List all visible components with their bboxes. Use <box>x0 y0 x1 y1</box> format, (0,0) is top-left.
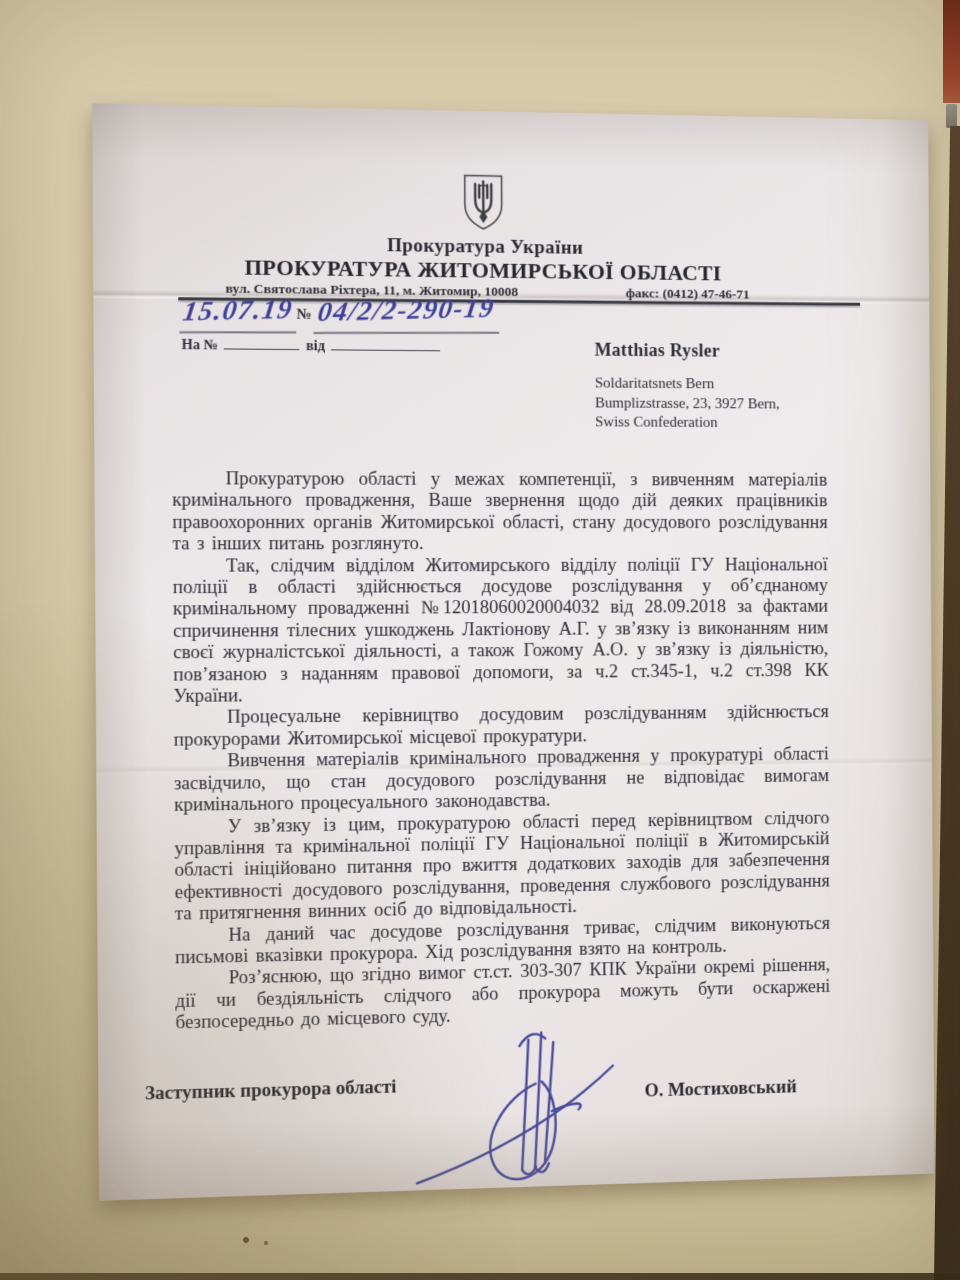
metal-fragment <box>946 104 957 128</box>
outgoing-reference-line: 15.07.19 № 04/2/2-290-19 <box>181 292 605 337</box>
handwritten-date: 15.07.19 <box>181 294 295 328</box>
signer-position-title: Заступник прокурора області <box>145 1077 397 1105</box>
reply-to-label: На № <box>182 338 219 354</box>
signer-name: О. Мостиховський <box>645 1077 797 1102</box>
org-fax: факс: (0412) 47-46-71 <box>626 285 750 302</box>
blank-line <box>224 337 300 350</box>
number-sign: № <box>296 307 311 324</box>
recipient-address-line: Bumplizstrasse, 23, 3927 Bern, <box>595 394 780 414</box>
photo-of-letter: Прокуратура України ПРОКУРАТУРА ЖИТОМИРС… <box>0 0 960 1280</box>
red-object-top-right <box>943 0 960 103</box>
body-paragraph: Прокуратурою області у межах компетенції… <box>172 469 828 556</box>
blank-line <box>314 332 500 334</box>
body-paragraph: У зв’язку із цим, прокуратурою області п… <box>174 808 830 926</box>
recipient-address: Soldaritatsnets Bern Bumplizstrasse, 23,… <box>595 375 780 434</box>
dust-speck <box>243 1237 249 1243</box>
body-paragraph: Роз’яснюю, що згідно вимог ст.ст. 303-30… <box>175 956 830 1035</box>
body-paragraph: Так, слідчим відділом Житомирського відд… <box>173 555 829 708</box>
recipient-block: Matthias Rysler Soldaritatsnets Bern Bum… <box>595 340 780 434</box>
incoming-reference-line: На №від <box>182 337 447 356</box>
table-edge-right <box>934 126 960 1280</box>
blank-line <box>331 338 440 351</box>
tryzub-shield-icon <box>460 171 506 234</box>
reply-from-label: від <box>306 339 325 354</box>
body-paragraph: Процесуальне керівництво досудовим розсл… <box>174 703 829 752</box>
blank-line <box>179 331 296 333</box>
recipient-name: Matthias Rysler <box>595 340 780 362</box>
letter-body: Прокуратурою області у межах компетенції… <box>172 469 831 1035</box>
dust-speck <box>264 1241 268 1245</box>
handwritten-number: 04/2/2-290-19 <box>316 293 497 328</box>
recipient-address-line: Swiss Confederation <box>595 413 780 433</box>
table-edge-bottom <box>0 1273 960 1280</box>
letter-sheet: Прокуратура України ПРОКУРАТУРА ЖИТОМИРС… <box>92 103 934 1201</box>
body-paragraph: Вивчення матеріалів кримінального провад… <box>174 745 830 818</box>
recipient-address-line: Soldaritatsnets Bern <box>595 375 780 396</box>
